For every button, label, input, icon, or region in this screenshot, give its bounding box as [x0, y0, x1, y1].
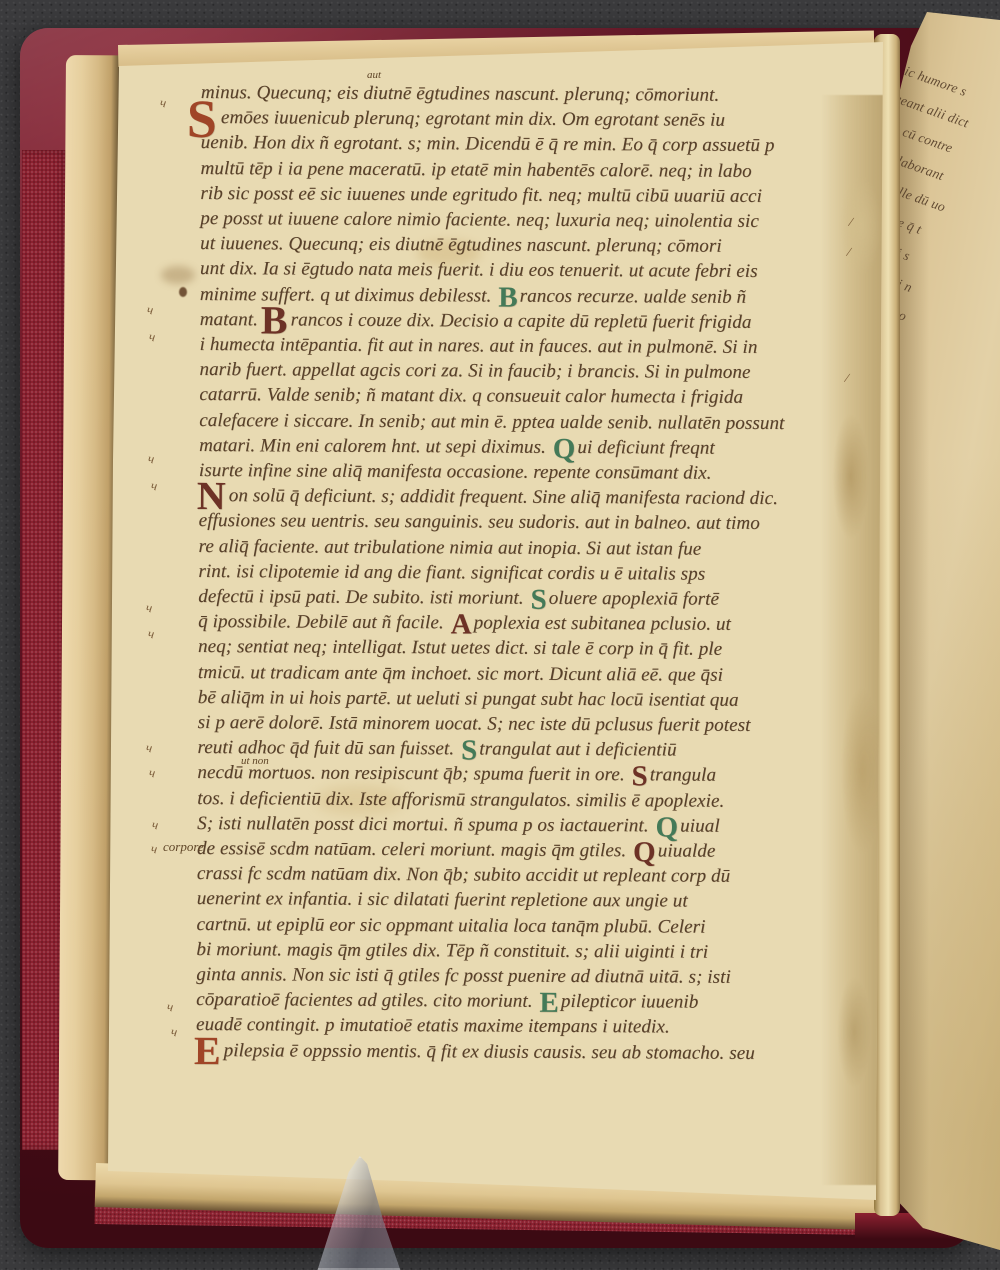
- margin-mark: ч: [146, 302, 154, 319]
- line-text: emōes iuuenicub plerunq; egrotant min di…: [221, 107, 725, 131]
- text-line: pe posst ut iuuene calore nimio faciente…: [200, 208, 759, 237]
- text-line: neq; sentiat neq; intelligat. Istut uete…: [198, 636, 722, 665]
- text-line: Epilepsia ē oppssio mentis. q̄ fit ex di…: [196, 1040, 755, 1069]
- line-text: i humecta intēpantia. fit aut in nares. …: [200, 334, 758, 358]
- line-text: rib sic posst eē sic iuuenes unde egritu…: [200, 183, 762, 207]
- text-line: minus. Quecunq; eis diutnē ēgtudines nas…: [201, 82, 720, 111]
- line-text: narib fuert. appellat agcis cori za. Si …: [199, 359, 750, 383]
- line-text: pilepsia ē oppssio mentis. q̄ fit ex diu…: [224, 1040, 755, 1064]
- line-text: minus. Quecunq; eis diutnē ēgtudines nas…: [201, 82, 719, 106]
- text-line: tos. i deficientiū dix. Iste afforismū s…: [197, 788, 724, 817]
- text-line: tmicū. ut tradicam ante q̄m inchoet. sic…: [198, 662, 723, 691]
- line-text: ui deficiunt freqnt: [577, 437, 714, 459]
- line-text: ginta annis. Non sic isti q̄ gtiles fc p…: [196, 964, 731, 988]
- text-line: multū tēp i ia pene maceratū. ip etatē m…: [200, 158, 751, 187]
- line-text: calefacere i siccare. In senib; aut min …: [199, 410, 784, 434]
- line-text: reuti adhoc q̄d fuit dū san fuisset.: [197, 737, 459, 759]
- line-text: on solū q̄ deficiunt. s; addidit frequen…: [229, 485, 778, 509]
- text-line: isurte infine sine aliq̄ manifesta occas…: [199, 460, 712, 489]
- text-line: effusiones seu uentris. seu sanguinis. s…: [199, 510, 760, 539]
- line-text: rancos i couze dix. Decisio a capite dū …: [291, 309, 752, 332]
- line-text: poplexia est subitanea pclusio. ut: [474, 613, 731, 635]
- text-line: de essisē scdm natūam. celeri moriunt. m…: [197, 838, 716, 867]
- margin-mark: ч: [147, 626, 155, 643]
- text-line: bi moriunt. magis q̄m gtiles dix. Tēp ñ …: [196, 939, 708, 968]
- interlinear-note: aut: [367, 69, 381, 81]
- text-line: uenerint ex infantia. i sic dilatati fue…: [197, 888, 688, 917]
- line-text: rint. isi clipotemie id ang die fiant. s…: [198, 561, 705, 585]
- line-text: defectū i ipsū pati. De subito. isti mor…: [198, 586, 528, 609]
- facing-page-recto: huic humore snegeant alii dictgutta cū c…: [893, 6, 1000, 1258]
- line-text: euadē contingit. p imutatioē etatis maxi…: [196, 1014, 670, 1037]
- margin-mark: ч: [150, 841, 158, 858]
- manuscript-photo: huic humore snegeant alii dictgutta cū c…: [0, 0, 1000, 1270]
- text-line: Semōes iuuenicub plerunq; egrotant min d…: [201, 107, 725, 136]
- line-text: de essisē scdm natūam. celeri moriunt. m…: [197, 838, 631, 861]
- line-text: trangula: [650, 765, 716, 786]
- text-line: q̄ ipossibile. Debilē aut ñ facile. Apop…: [198, 611, 731, 640]
- text-line: unt dix. Ia si ēgtudo nata meis fuerit. …: [200, 258, 758, 287]
- line-text: catarrū. Valde senib; ñ matant dix. q co…: [199, 384, 743, 408]
- line-text: cartnū. ut epiplū eor sic oppmant uitali…: [197, 914, 706, 938]
- line-text: effusiones seu uentris. seu sanguinis. s…: [199, 510, 760, 534]
- line-text: unt dix. Ia si ēgtudo nata meis fuerit. …: [200, 258, 758, 282]
- line-text: pe posst ut iuuene calore nimio faciente…: [200, 208, 759, 232]
- line-text: si p aerē dolorē. Istā minorem uocat. S;…: [198, 712, 751, 736]
- interlinear-note: ut non: [241, 755, 269, 767]
- text-line: matant. Brancos i couze dix. Decisio a c…: [200, 309, 752, 338]
- margin-mark: ч: [150, 478, 158, 495]
- margin-mark: ч: [151, 817, 159, 834]
- margin-mark: ч: [148, 765, 156, 782]
- line-text: isurte infine sine aliq̄ manifesta occas…: [199, 460, 712, 484]
- line-text: bē aliq̄m in ui hois partē. ut ueluti si…: [198, 687, 739, 711]
- line-text: crassi fc scdm natūam dix. Non q̄b; subi…: [197, 863, 730, 887]
- text-line: re aliq̄ faciente. aut tribulatione nimi…: [198, 536, 701, 565]
- line-text: pilepticor iuuenib: [561, 991, 699, 1013]
- line-text: q̄ ipossibile. Debilē aut ñ facile.: [198, 611, 449, 633]
- text-line: ut iuuenes. Quecunq; eis diutnē ēgtudine…: [200, 233, 722, 262]
- text-line: uenib. Hon dix ñ egrotant. s; min. Dicen…: [201, 132, 775, 161]
- margin-mark: ч: [170, 1024, 178, 1041]
- margin-mark: ч: [148, 329, 156, 346]
- ink-spot-stain: [179, 287, 187, 297]
- text-line: i humecta intēpantia. fit aut in nares. …: [200, 334, 758, 363]
- text-block: minus. Quecunq; eis diutnē ēgtudines nas…: [196, 82, 895, 1096]
- margin-note-corpore: corpore: [163, 839, 204, 855]
- line-text: matant.: [200, 309, 263, 330]
- margin-mark: ч: [147, 451, 155, 468]
- line-text: trangulat aut i deficientiū: [479, 739, 677, 761]
- line-text: uiual: [680, 815, 720, 836]
- margin-mark: ч: [166, 999, 174, 1016]
- text-line: rib sic posst eē sic iuuenes unde egritu…: [200, 183, 762, 212]
- text-line: cōparatioē facientes ad gtiles. cito mor…: [196, 989, 698, 1018]
- line-text: tmicū. ut tradicam ante q̄m inchoet. sic…: [198, 662, 723, 686]
- text-line: catarrū. Valde senib; ñ matant dix. q co…: [199, 384, 743, 413]
- margin-mark: ч: [145, 600, 153, 617]
- line-text: minime suffert. q ut diximus debilesst.: [200, 284, 496, 307]
- line-text: ut iuuenes. Quecunq; eis diutnē ēgtudine…: [200, 233, 722, 257]
- smear-stain: [161, 266, 195, 284]
- line-text: bi moriunt. magis q̄m gtiles dix. Tēp ñ …: [196, 939, 708, 963]
- line-text: cōparatioē facientes ad gtiles. cito mor…: [196, 989, 537, 1012]
- margin-mark: ч: [159, 95, 167, 112]
- manuscript-page-verso: minus. Quecunq; eis diutnē ēgtudines nas…: [105, 40, 885, 1210]
- line-text: uiualde: [658, 840, 716, 861]
- line-text: S; isti nullatēn posst dici mortui. ñ sp…: [197, 813, 654, 836]
- text-line: rint. isi clipotemie id ang die fiant. s…: [198, 561, 705, 590]
- line-text: uenib. Hon dix ñ egrotant. s; min. Dicen…: [201, 132, 775, 156]
- text-line: necdū mortuos. non resipiscunt q̄b; spum…: [197, 762, 716, 791]
- text-line: matari. Min eni calorem hnt. ut sepi dix…: [199, 435, 715, 464]
- line-text: tos. i deficientiū dix. Iste afforismū s…: [197, 788, 724, 812]
- line-text: uenerint ex infantia. i sic dilatati fue…: [197, 888, 688, 912]
- text-line: crassi fc scdm natūam dix. Non q̄b; subi…: [197, 863, 731, 892]
- text-line: narib fuert. appellat agcis cori za. Si …: [199, 359, 750, 388]
- line-text: re aliq̄ faciente. aut tribulatione nimi…: [199, 536, 702, 560]
- text-line: euadē contingit. p imutatioē etatis maxi…: [196, 1014, 670, 1042]
- line-text: multū tēp i ia pene maceratū. ip etatē m…: [200, 158, 751, 182]
- margin-mark: ч: [145, 740, 153, 757]
- text-line: cartnū. ut epiplū eor sic oppmant uitali…: [197, 914, 706, 943]
- line-text: oluere apoplexiā fortē: [549, 588, 719, 610]
- line-text: rancos recurze. ualde senib ñ: [520, 285, 747, 307]
- line-text: matari. Min eni calorem hnt. ut sepi dix…: [199, 435, 551, 458]
- text-line: bē aliq̄m in ui hois partē. ut ueluti si…: [198, 687, 739, 716]
- line-text: neq; sentiat neq; intelligat. Istut uete…: [198, 636, 722, 660]
